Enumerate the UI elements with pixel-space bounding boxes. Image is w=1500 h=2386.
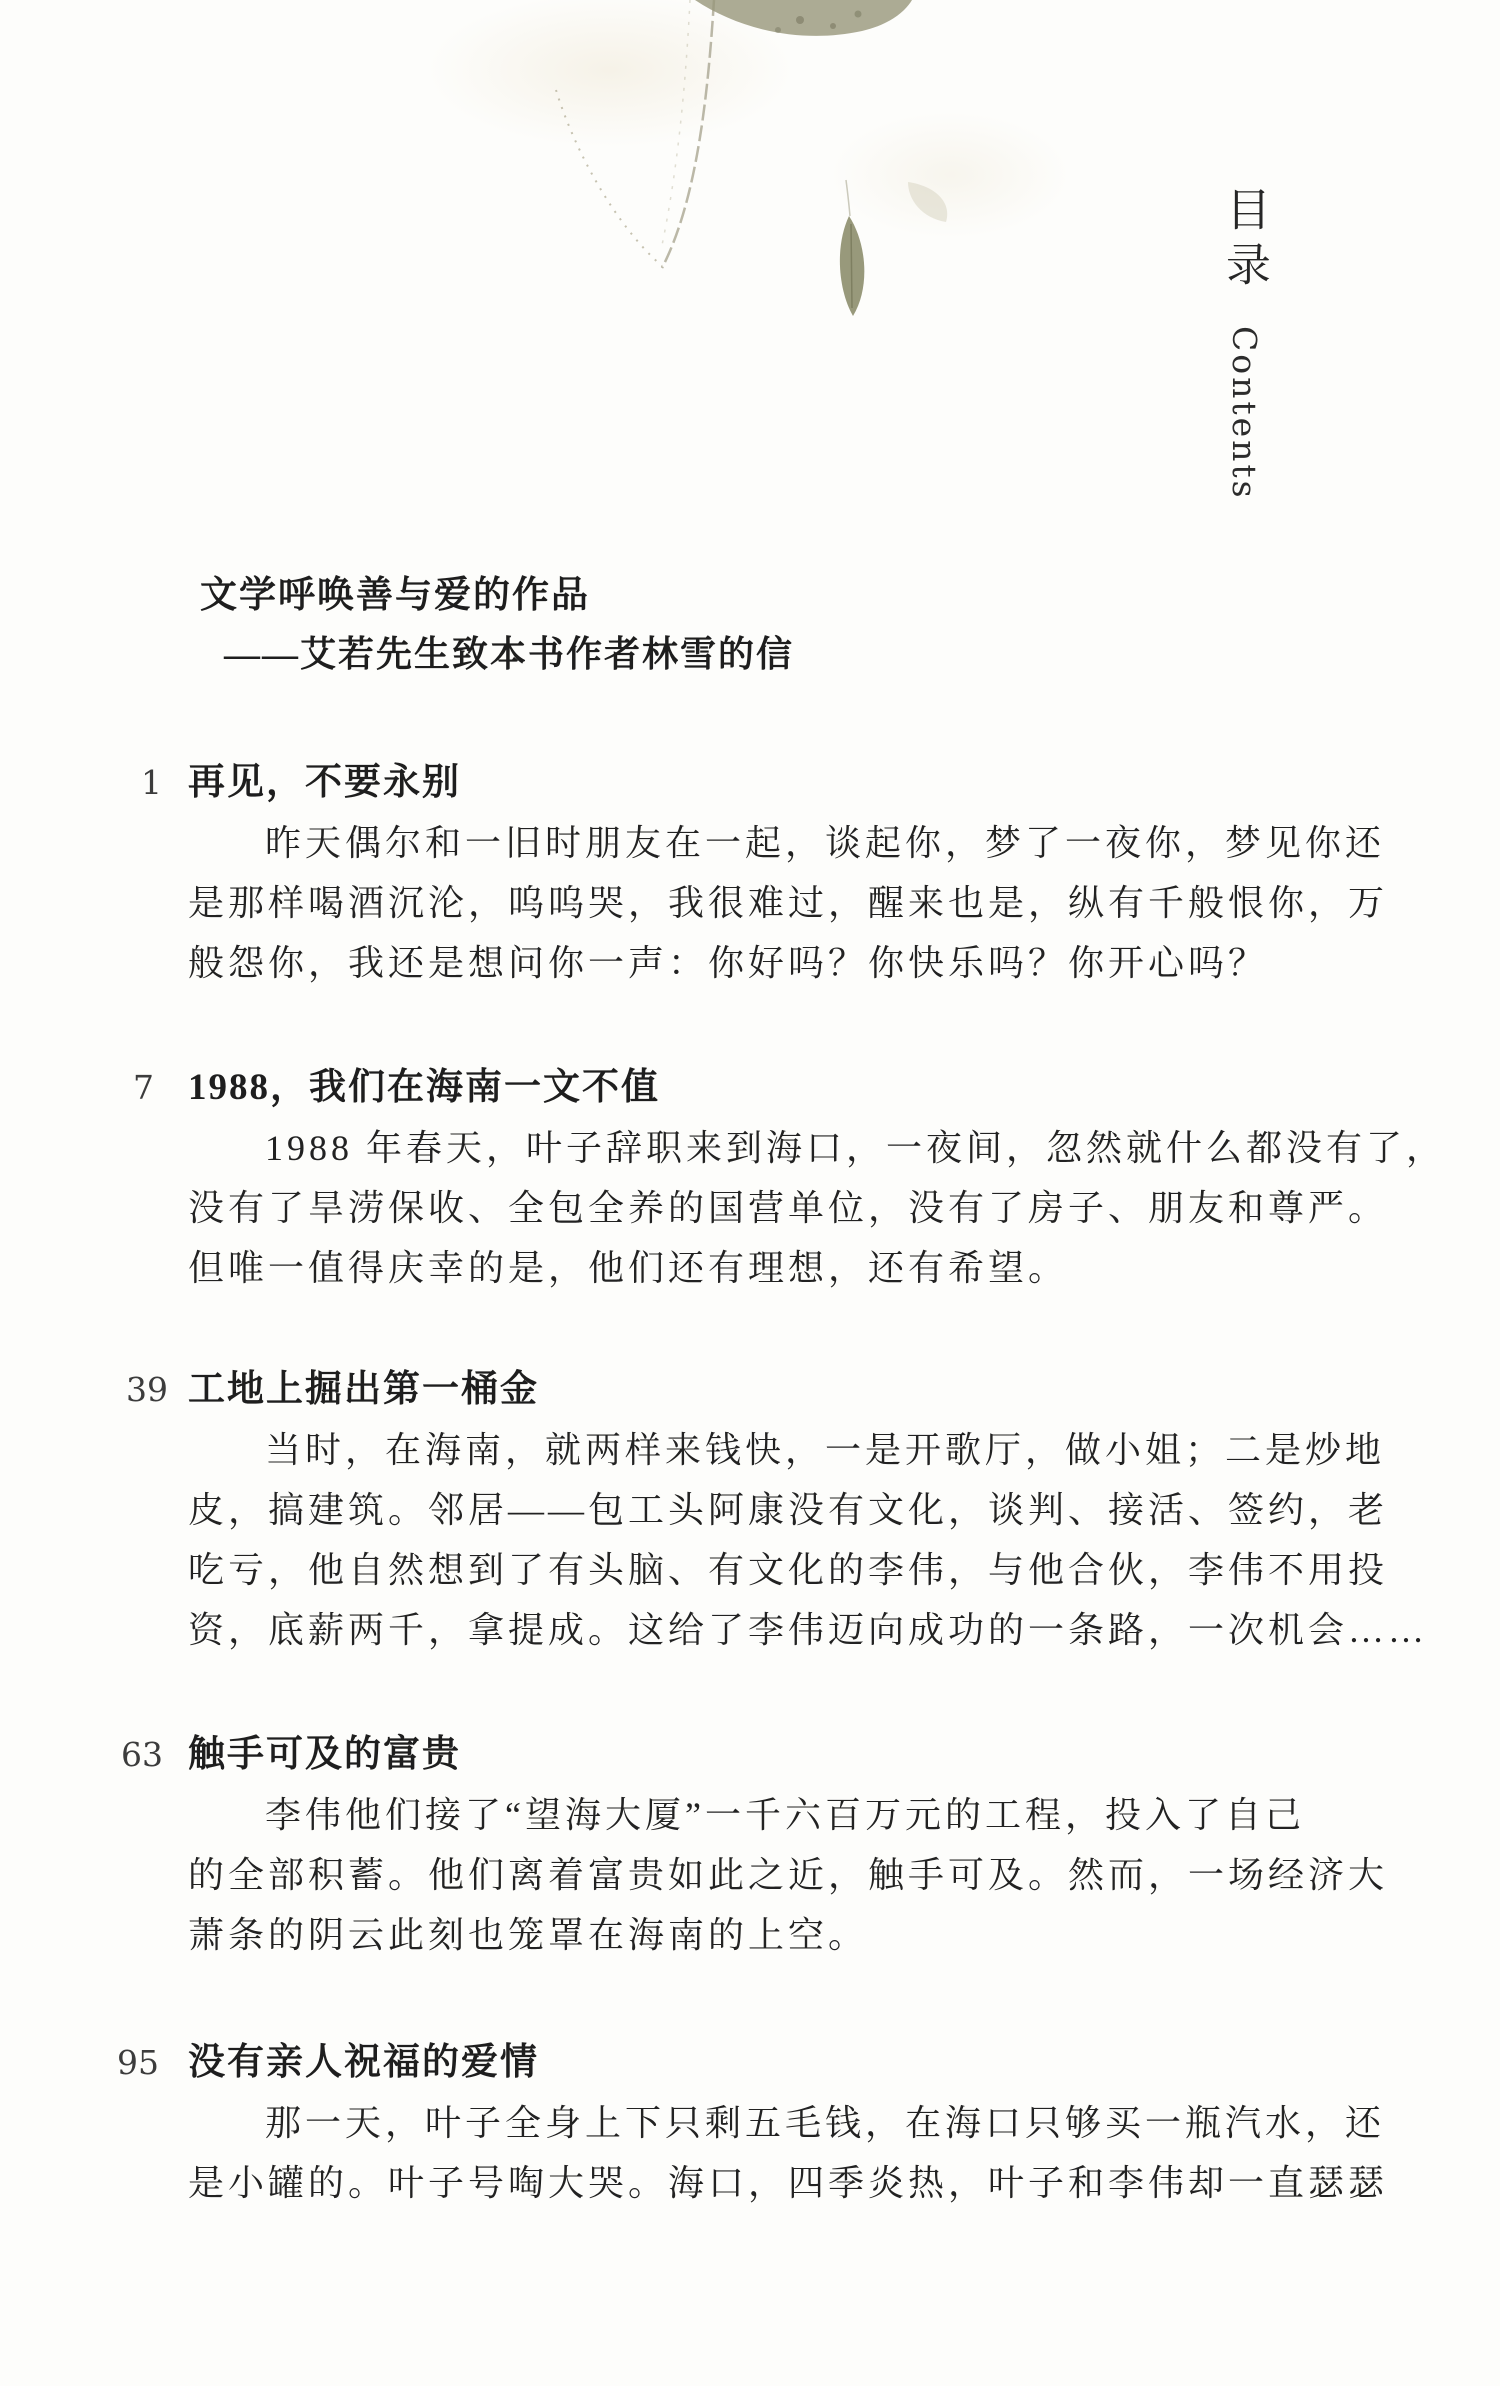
entry-page-number: 1: [141, 753, 162, 813]
excerpt-line: 是小罐的。叶子号啕大哭。海口，四季炎热，叶子和李伟却一直瑟瑟: [188, 2153, 1403, 2213]
excerpt-line: 的全部积蓄。他们离着富贵如此之近，触手可及。然而，一场经济大: [188, 1845, 1403, 1905]
entry-excerpt: 1988 年春天，叶子辞职来到海口，一夜间，忽然就什么都没有了，没有了旱涝保收、…: [188, 1118, 1403, 1298]
toc-entry: 7 1988，我们在海南一文不值 1988 年春天，叶子辞职来到海口，一夜间，忽…: [0, 1058, 1500, 1298]
leaf-top-fragment: [695, 0, 912, 36]
entry-excerpt: 李伟他们接了“望海大厦”一千六百万元的工程，投入了自己的全部积蓄。他们离着富贵如…: [188, 1785, 1403, 1965]
entry-excerpt: 那一天，叶子全身上下只剩五毛钱，在海口只够买一瓶汽水，还是小罐的。叶子号啕大哭。…: [188, 2093, 1403, 2213]
leaf-stem: [846, 180, 850, 216]
entry-title: 再见，不要永别: [188, 753, 1500, 813]
excerpt-line: 那一天，叶子全身上下只剩五毛钱，在海口只够买一瓶汽水，还: [188, 2093, 1403, 2153]
leaf-speckle: [796, 16, 804, 24]
entry-page-number: 95: [117, 2033, 159, 2093]
excerpt-line: 是那样喝酒沉沦，呜呜哭，我很难过，醒来也是，纵有千般恨你，万: [188, 873, 1403, 933]
entry-title: 工地上掘出第一桶金: [188, 1360, 1500, 1420]
leaf-small-midrib: [851, 224, 852, 308]
leaf-speckle: [855, 11, 862, 18]
page-title: 目录 Contents: [1212, 186, 1277, 526]
leaf-midrib: [661, 0, 690, 250]
excerpt-line: 昨天偶尔和一旧时朋友在一起，谈起你，梦了一夜你，梦见你还: [188, 813, 1403, 873]
leaf-outline-right: [662, 0, 714, 268]
toc-entry: 95 没有亲人祝福的爱情 那一天，叶子全身上下只剩五毛钱，在海口只够买一瓶汽水，…: [0, 2033, 1500, 2213]
excerpt-line: 但唯一值得庆幸的是，他们还有理想，还有希望。: [188, 1238, 1403, 1298]
entry-title: 1988，我们在海南一文不值: [188, 1058, 1500, 1118]
excerpt-line: 没有了旱涝保收、全包全养的国营单位，没有了房子、朋友和尊严。: [188, 1178, 1403, 1238]
entry-page-number: 63: [121, 1725, 163, 1785]
toc-entry: 63 触手可及的富贵 李伟他们接了“望海大厦”一千六百万元的工程，投入了自己的全…: [0, 1725, 1500, 1965]
leaf-faint-right: [908, 182, 947, 222]
preface-subtitle: ——艾若先生致本书作者林雪的信: [200, 625, 794, 684]
entry-title: 没有亲人祝福的爱情: [188, 2033, 1500, 2093]
entry-excerpt: 昨天偶尔和一旧时朋友在一起，谈起你，梦了一夜你，梦见你还是那样喝酒沉沦，呜呜哭，…: [188, 813, 1403, 993]
excerpt-line: 吃亏，他自然想到了有头脑、有文化的李伟，与他合伙，李伟不用投: [188, 1540, 1403, 1600]
page-title-cn: 目录: [1219, 186, 1269, 296]
excerpt-line: 1988 年春天，叶子辞职来到海口，一夜间，忽然就什么都没有了，: [188, 1118, 1403, 1178]
excerpt-line: 萧条的阴云此刻也笼罩在海南的上空。: [188, 1905, 1403, 1965]
entry-page-number: 7: [133, 1058, 154, 1118]
leaf-speckle: [830, 23, 836, 29]
entry-title: 触手可及的富贵: [188, 1725, 1500, 1785]
leaf-speckle: [775, 27, 781, 33]
preface-entry: 文学呼唤善与爱的作品 ——艾若先生致本书作者林雪的信: [200, 566, 794, 684]
leaf-outline-left: [556, 90, 662, 266]
page-title-en: Contents: [1225, 326, 1264, 501]
toc-entry: 39 工地上掘出第一桶金 当时，在海南，就两样来钱快，一是开歌厅，做小姐；二是炒…: [0, 1360, 1500, 1660]
excerpt-line: 当时，在海南，就两样来钱快，一是开歌厅，做小姐；二是炒地: [188, 1420, 1403, 1480]
toc-page: 目录 Contents 文学呼唤善与爱的作品 ——艾若先生致本书作者林雪的信 1…: [0, 0, 1500, 2386]
toc-entry: 1 再见，不要永别 昨天偶尔和一旧时朋友在一起，谈起你，梦了一夜你，梦见你还是那…: [0, 753, 1500, 993]
entry-page-number: 39: [126, 1360, 168, 1420]
excerpt-line: 资，底薪两千，拿提成。这给了李伟迈向成功的一条路，一次机会……: [188, 1600, 1403, 1660]
preface-title: 文学呼唤善与爱的作品: [200, 566, 794, 625]
excerpt-line: 皮，搞建筑。邻居——包工头阿康没有文化，谈判、接活、签约，老: [188, 1480, 1403, 1540]
entry-excerpt: 当时，在海南，就两样来钱快，一是开歌厅，做小姐；二是炒地皮，搞建筑。邻居——包工…: [188, 1420, 1403, 1660]
excerpt-line: 般怨你，我还是想问你一声：你好吗？你快乐吗？你开心吗？: [188, 933, 1403, 993]
excerpt-line: 李伟他们接了“望海大厦”一千六百万元的工程，投入了自己: [188, 1785, 1403, 1845]
